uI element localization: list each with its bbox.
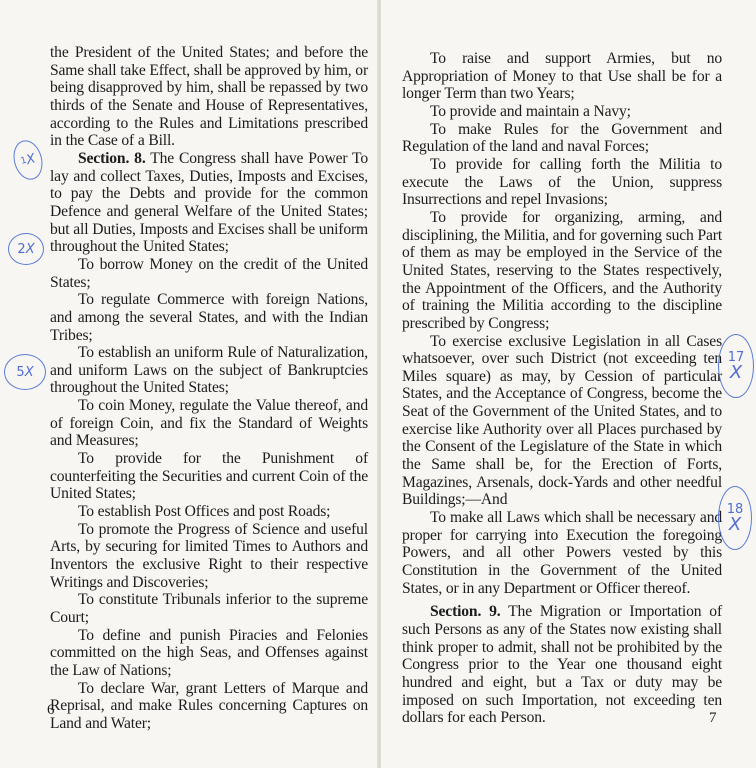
paragraph: To provide for organizing, arming, and d… xyxy=(402,209,722,333)
paragraph: To make Rules for the Government and Reg… xyxy=(402,121,722,156)
left-page-text: the President of the United States; and … xyxy=(50,44,368,733)
left-page: the President of the United States; and … xyxy=(0,0,378,768)
annotation-x-mark: X xyxy=(25,152,37,167)
annotation-x-mark: X xyxy=(729,516,741,534)
paragraph: To provide for the Punishment of counter… xyxy=(50,450,368,503)
section-label: Section. 9. xyxy=(430,603,501,620)
annotation-x-mark: X xyxy=(26,243,35,256)
pen-annotation-17x: 17X xyxy=(718,334,754,398)
paragraph: To make all Laws which shall be necessar… xyxy=(402,509,722,597)
paragraph: To provide for calling forth the Militia… xyxy=(402,156,722,209)
section-8-paragraph: Section. 8. The Congress shall have Powe… xyxy=(50,150,368,256)
paragraph: To provide and maintain a Navy; xyxy=(402,103,722,121)
paragraph: To raise and support Armies, but no Appr… xyxy=(402,50,722,103)
page-number: 6 xyxy=(47,702,55,719)
annotation-number: 5 xyxy=(16,366,24,379)
paragraph: To coin Money, regulate the Value thereo… xyxy=(50,397,368,450)
paragraph: To define and punish Piracies and Feloni… xyxy=(50,627,368,680)
book-spread: the President of the United States; and … xyxy=(0,0,756,768)
paragraph: To borrow Money on the credit of the Uni… xyxy=(50,256,368,291)
paragraph: To declare War, grant Letters of Marque … xyxy=(50,680,368,733)
right-page-text: To raise and support Armies, but no Appr… xyxy=(402,50,722,727)
page-number: 7 xyxy=(709,710,717,727)
pen-annotation-18x: 18X xyxy=(718,486,752,550)
paragraph: To establish Post Offices and post Roads… xyxy=(50,503,368,521)
paragraph: To establish an uniform Rule of Naturali… xyxy=(50,344,368,397)
annotation-x-mark: X xyxy=(25,366,34,379)
annotation-number: 2 xyxy=(17,243,25,256)
annotation-x-mark: X xyxy=(730,364,742,382)
section-9-paragraph: Section. 9. The Migration or Importation… xyxy=(402,603,722,727)
pen-annotation-5x: 5X xyxy=(4,354,46,390)
paragraph: To exercise exclusive Legislation in all… xyxy=(402,333,722,510)
paragraph: To regulate Commerce with foreign Nation… xyxy=(50,291,368,344)
paragraph: To promote the Progress of Science and u… xyxy=(50,521,368,592)
pen-annotation-2x: 2X xyxy=(8,233,44,265)
paragraph: the President of the United States; and … xyxy=(50,44,368,150)
right-page: To raise and support Armies, but no Appr… xyxy=(381,0,756,768)
paragraph: To constitute Tribunals inferior to the … xyxy=(50,591,368,626)
section-label: Section. 8. xyxy=(78,150,146,167)
